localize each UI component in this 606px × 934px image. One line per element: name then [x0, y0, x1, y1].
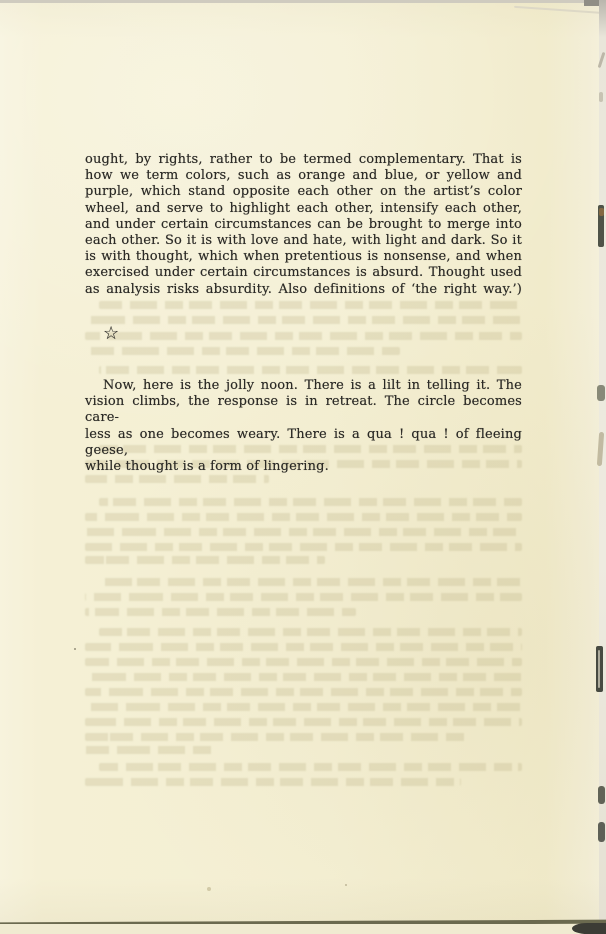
ghost-text-line: [85, 673, 522, 681]
text-line: how we term colors, such as orange and b…: [85, 168, 522, 184]
ghost-text-line: [85, 703, 522, 711]
ghost-text-line: [85, 733, 470, 741]
ghost-text-line: [99, 628, 522, 636]
binding-mark: [598, 786, 605, 804]
text-line: purple, which stand opposite each other …: [85, 184, 522, 200]
binding-mark: [599, 208, 604, 216]
binding-mark: [207, 887, 211, 891]
binding-mark: [345, 884, 347, 886]
text-line: wheel, and serve to highlight each other…: [85, 201, 522, 217]
text-line: less as one becomes weary. There is a qu…: [85, 427, 522, 459]
ghost-text-line: [99, 366, 522, 374]
ghost-text-line: [99, 301, 522, 309]
binding-mark: [598, 822, 605, 842]
ghost-text-line: [85, 556, 325, 564]
ghost-text-line: [85, 347, 400, 355]
text-line: Now, here is the jolly noon. There is a …: [85, 378, 522, 394]
ghost-text-line: [85, 593, 522, 601]
ghost-text-line: [85, 513, 522, 521]
page-top-edge: [0, 0, 606, 3]
ghost-text-line: [85, 718, 522, 726]
star-divider: ☆: [103, 323, 125, 345]
text-line: while thought is a form of lingering.: [85, 459, 522, 475]
ghost-text-line: [85, 746, 216, 754]
text-line: exercised under certain circumstances is…: [85, 265, 522, 281]
ghost-text-line: [85, 316, 522, 324]
ghost-text-line: [85, 332, 522, 340]
text-line: each other. So it is with love and hate,…: [85, 233, 522, 249]
ghost-text-line: [99, 763, 522, 771]
binding-mark: [599, 92, 603, 102]
text-line: and under certain circumstances can be b…: [85, 217, 522, 233]
paragraph-2: Now, here is the jolly noon. There is a …: [85, 378, 522, 475]
ghost-text-line: [99, 578, 522, 586]
text-line: as analysis risks absurdity. Also defini…: [85, 282, 522, 298]
underlying-page-edge: [0, 924, 606, 934]
text-line: ought, by rights, rather to be termed co…: [85, 152, 522, 168]
text-line: vision climbs, the response is in retrea…: [85, 394, 522, 426]
binding-mark: [598, 650, 600, 688]
ghost-text-line: [85, 778, 461, 786]
ghost-text-line: [85, 688, 522, 696]
binding-mark: [74, 648, 76, 650]
ghost-text-line: [85, 608, 356, 616]
paragraph-1: ought, by rights, rather to be termed co…: [85, 152, 522, 298]
ghost-text-line: [85, 543, 522, 551]
binding-mark: [597, 385, 605, 401]
text-line: is with thought, which when pretentious …: [85, 249, 522, 265]
ghost-text-line: [99, 498, 522, 506]
page-edge-crease: [514, 6, 606, 14]
ghost-text-line: [85, 658, 522, 666]
ghost-text-line: [85, 475, 269, 483]
ghost-text-line: [85, 643, 522, 651]
bottom-right-shadow: [572, 923, 606, 934]
scanned-page: ought, by rights, rather to be termed co…: [0, 0, 606, 934]
ghost-text-line: [85, 528, 522, 536]
